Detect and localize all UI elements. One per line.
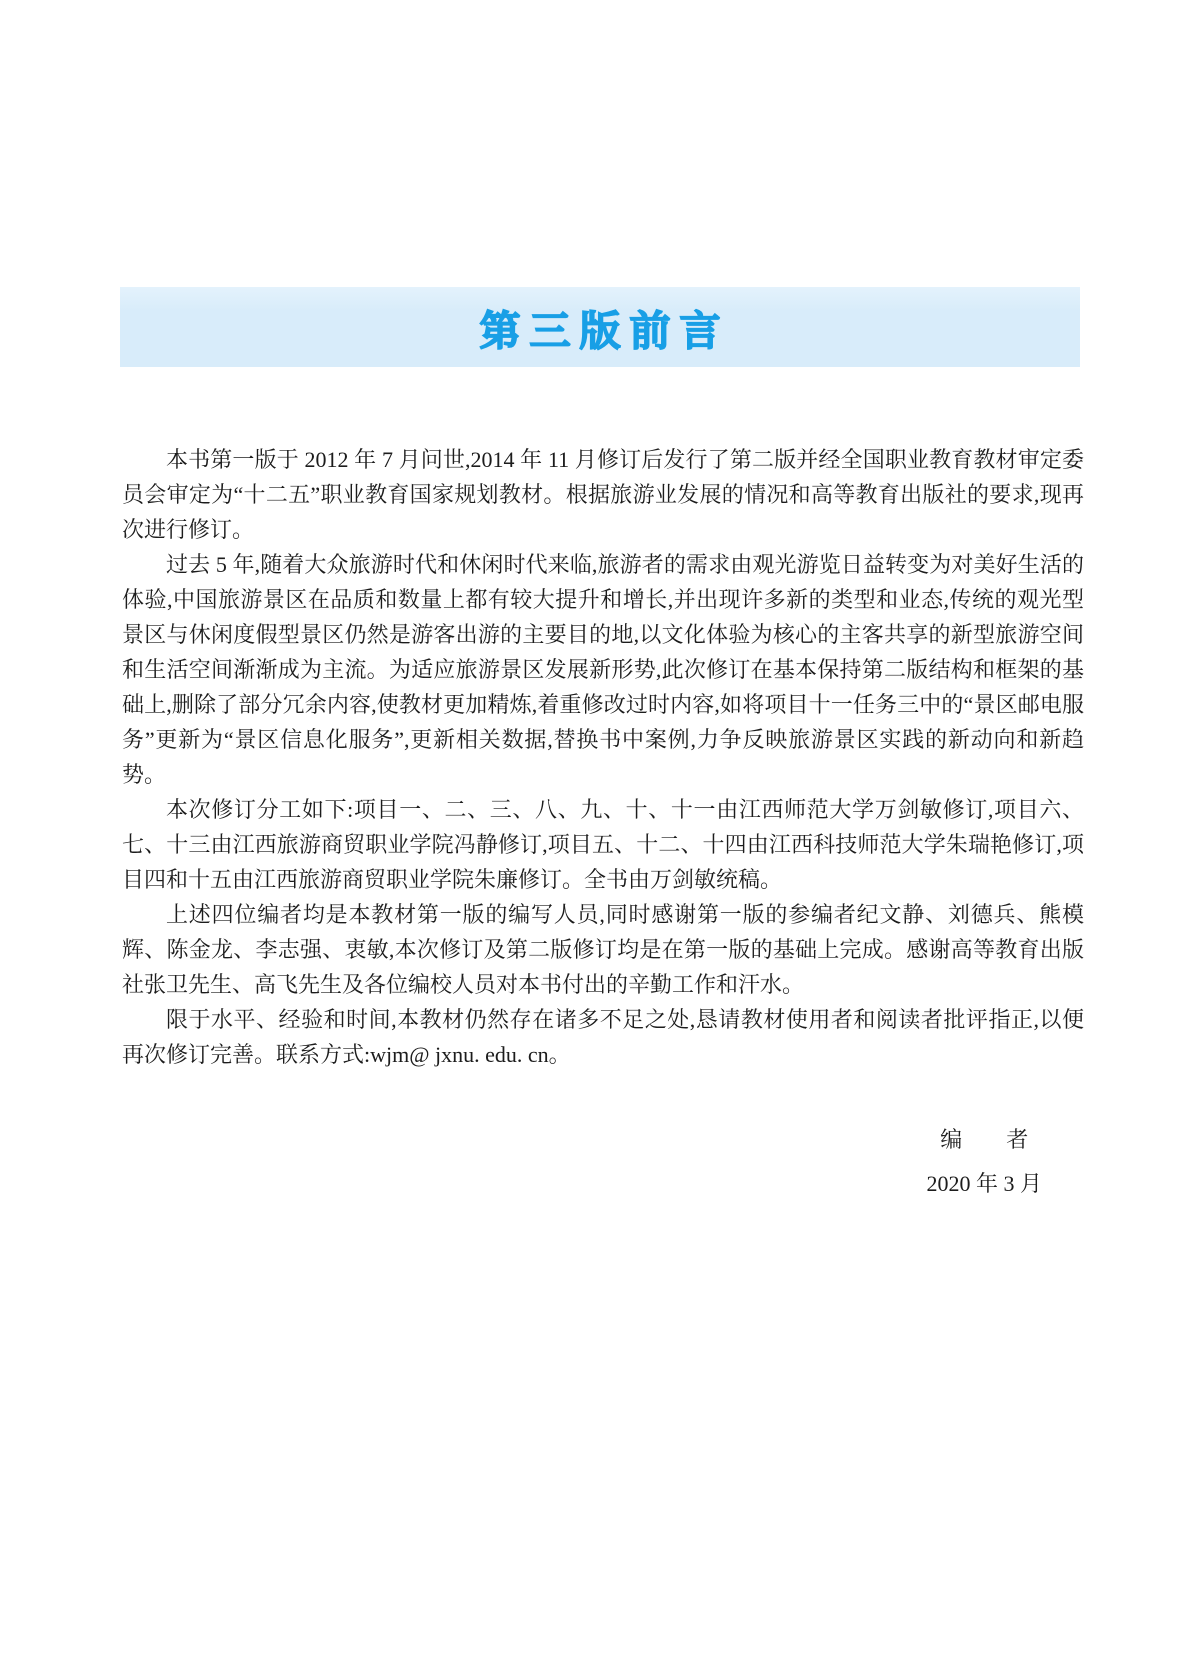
preface-page: 第三版前言 本书第一版于 2012 年 7 月问世,2014 年 11 月修订后… [0,0,1202,1675]
signature-author: 编 者 [926,1122,1042,1157]
page-title: 第三版前言 [471,298,730,357]
paragraph: 本书第一版于 2012 年 7 月问世,2014 年 11 月修订后发行了第二版… [122,442,1084,547]
signature-block: 编 者 2020 年 3 月 [926,1122,1042,1201]
paragraph: 过去 5 年,随着大众旅游时代和休闲时代来临,旅游者的需求由观光游览日益转变为对… [122,547,1084,792]
preface-banner: 第三版前言 [120,287,1080,367]
paragraph: 上述四位编者均是本教材第一版的编写人员,同时感谢第一版的参编者纪文静、刘德兵、熊… [122,897,1084,1002]
signature-date: 2020 年 3 月 [926,1166,1042,1201]
paragraph: 限于水平、经验和时间,本教材仍然存在诸多不足之处,恳请教材使用者和阅读者批评指正… [122,1002,1084,1072]
paragraph: 本次修订分工如下:项目一、二、三、八、九、十、十一由江西师范大学万剑敏修订,项目… [122,792,1084,897]
preface-body: 本书第一版于 2012 年 7 月问世,2014 年 11 月修订后发行了第二版… [122,442,1084,1072]
